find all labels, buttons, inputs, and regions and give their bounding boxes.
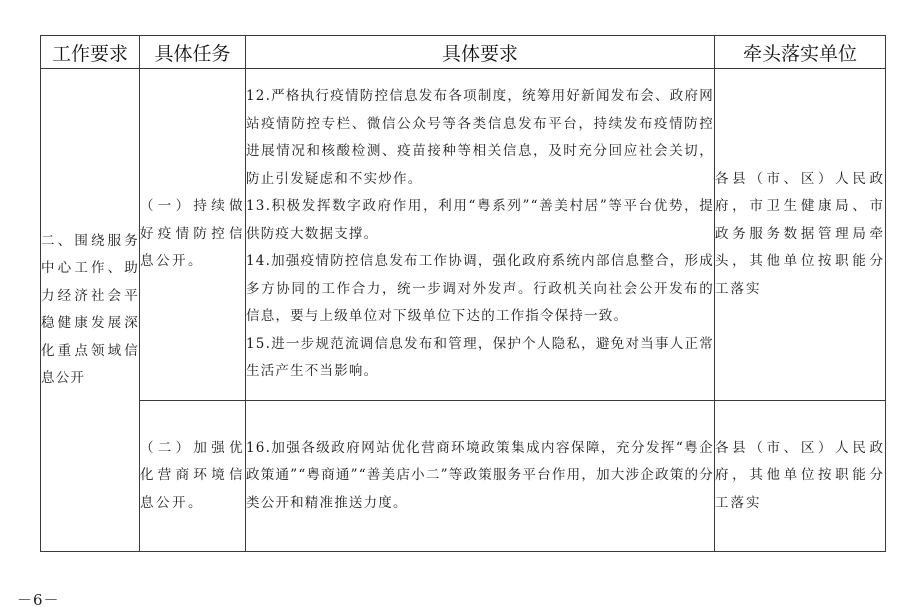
task-cell: （二）加强优化营商环境信息公开。 (140, 401, 246, 552)
work-requirements-table: 工作要求 具体任务 具体要求 牵头落实单位 二、围绕服务中心工作、助力经济社会平… (40, 35, 886, 552)
header-work-requirement: 工作要求 (41, 36, 140, 69)
lead-unit-cell: 各县（市、区）人民政府，其他单位按职能分工落实 (715, 401, 886, 552)
table-row: 二、围绕服务中心工作、助力经济社会平稳健康发展深化重点领域信息公开 （一）持续做… (41, 69, 886, 401)
page-number: －6－ (17, 589, 60, 607)
section-label: 二、围绕服务中心工作、助力经济社会平稳健康发展深化重点领域信息公开 (41, 69, 140, 552)
task-cell: （一）持续做好疫情防控信息公开。 (140, 69, 246, 401)
lead-unit-cell: 各县（市、区）人民政府，市卫生健康局、市政务服务数据管理局牵头，其他单位按职能分… (715, 69, 886, 401)
requirements-cell: 16.加强各级政府网站优化营商环境政策集成内容保障，充分发挥“粤企政策通”“粤商… (246, 401, 715, 552)
requirement-item: 15.进一步规范流调信息发布和管理，保护个人隐私，避免对当事人正常生活产生不当影… (246, 331, 714, 386)
header-specific-requirement: 具体要求 (246, 36, 715, 69)
header-specific-task: 具体任务 (140, 36, 246, 69)
requirements-cell: 12.严格执行疫情防控信息发布各项制度，统筹用好新闻发布会、政府网站疫情防控专栏… (246, 69, 715, 401)
requirement-item: 12.严格执行疫情防控信息发布各项制度，统筹用好新闻发布会、政府网站疫情防控专栏… (246, 83, 714, 193)
table-header-row: 工作要求 具体任务 具体要求 牵头落实单位 (41, 36, 886, 69)
requirement-item: 14.加强疫情防控信息发布工作协调，强化政府系统内部信息整合，形成多方协同的工作… (246, 248, 714, 331)
requirement-item: 13.积极发挥数字政府作用，利用“粤系列”“善美村居”等平台优势，提供防疫大数据… (246, 193, 714, 248)
requirement-item: 16.加强各级政府网站优化营商环境政策集成内容保障，充分发挥“粤企政策通”“粤商… (246, 435, 714, 518)
table-row: （二）加强优化营商环境信息公开。 16.加强各级政府网站优化营商环境政策集成内容… (41, 401, 886, 552)
header-lead-unit: 牵头落实单位 (715, 36, 886, 69)
